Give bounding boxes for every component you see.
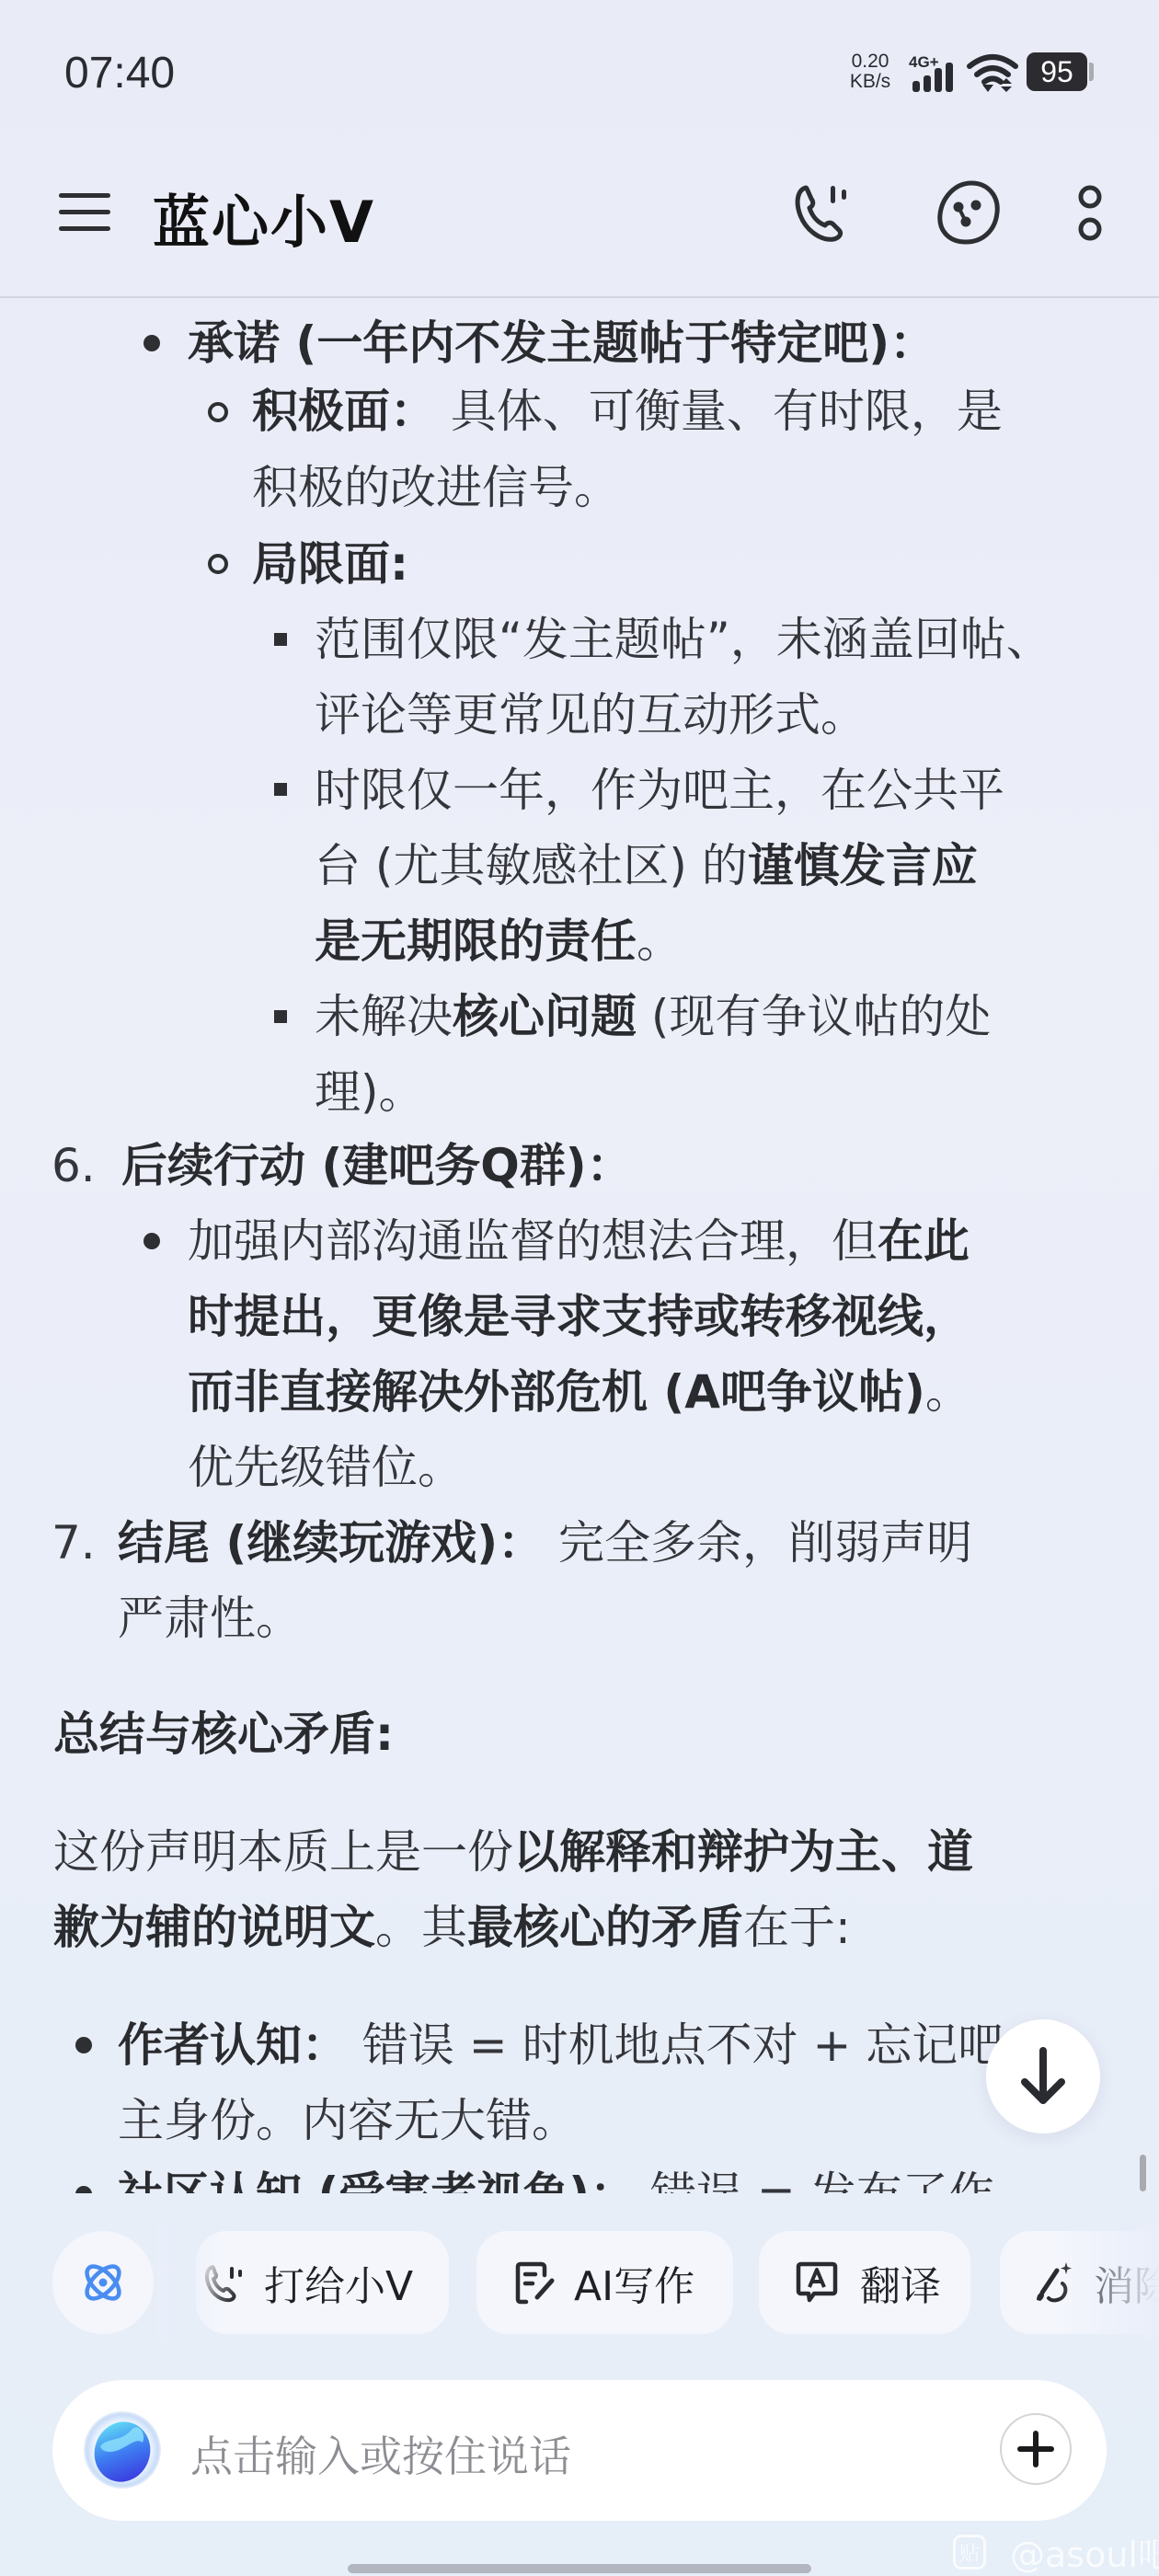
watermark: 贴 @asoul吧 bbox=[953, 2526, 1159, 2576]
list-item-continued: 评论等更常见的互动形式。 bbox=[315, 677, 866, 753]
list-item-continued: 严肃性。 bbox=[118, 1581, 302, 1656]
battery-tip bbox=[1089, 63, 1094, 81]
atom-icon bbox=[80, 2260, 126, 2306]
status-time: 07:40 bbox=[64, 48, 175, 98]
tieba-logo-icon: 贴 bbox=[953, 2535, 986, 2570]
chip-translate[interactable]: 翻译 bbox=[759, 2231, 970, 2334]
bullet-dot bbox=[75, 2037, 92, 2053]
bullet-square bbox=[274, 633, 287, 646]
list-item: 范围仅限“发主题帖”，未涵盖回帖、 bbox=[315, 602, 1052, 677]
scrollbar-thumb[interactable] bbox=[1140, 2155, 1146, 2191]
ai-writing-icon bbox=[515, 2260, 556, 2305]
list-item: 加强内部沟通监督的想法合理，但在此 bbox=[188, 1203, 970, 1279]
chip-label: 翻译 bbox=[860, 2253, 941, 2312]
translate-icon bbox=[796, 2260, 838, 2305]
list-item-continued: 理)。 bbox=[315, 1054, 425, 1130]
bullet-square bbox=[274, 783, 287, 796]
bullet-dot bbox=[143, 335, 160, 351]
summary-paragraph-line: 歉为辅的说明文。其最核心的矛盾在于: bbox=[53, 1890, 851, 1965]
signal-4g-icon: 4G+ bbox=[909, 53, 958, 94]
arrow-down-icon bbox=[986, 2019, 1100, 2133]
list-item: 作者认知： 错误 = 时机地点不对 + 忘记吧 bbox=[118, 2007, 1004, 2083]
list-item: 时限仅一年，作为吧主，在公共平 bbox=[315, 753, 1004, 828]
list-item-continued: 优先级错位。 bbox=[188, 1430, 464, 1505]
menu-icon[interactable] bbox=[57, 190, 114, 235]
battery-indicator: 95 bbox=[1027, 52, 1087, 91]
wifi-icon bbox=[966, 53, 1019, 94]
chip-call-xiaov[interactable]: 打给小V bbox=[196, 2231, 449, 2334]
network-speed: 0.20 KB/s bbox=[844, 52, 896, 92]
list-item: 社区认知 (受害者视角)： 错误 = 发布了作 bbox=[118, 2156, 994, 2193]
network-speed-value: 0.20 bbox=[844, 52, 896, 72]
connect-icon[interactable] bbox=[935, 179, 1003, 246]
summary-paragraph-line: 这份声明本质上是一份以解释和辩护为主、道 bbox=[53, 1814, 973, 1890]
scroll-to-bottom-button[interactable] bbox=[986, 2019, 1100, 2133]
message-input-placeholder[interactable]: 点击输入或按住说话 bbox=[190, 2423, 571, 2484]
bullet-dot bbox=[143, 1233, 160, 1249]
bullet-square bbox=[274, 1010, 287, 1023]
app-title: 蓝心小V bbox=[153, 177, 375, 259]
more-icon[interactable] bbox=[1073, 182, 1107, 245]
plus-icon bbox=[1002, 2415, 1070, 2483]
list-number: 7. bbox=[52, 1505, 96, 1581]
list-item-continued: 而非直接解决外部危机 (A吧争议帖)。 bbox=[188, 1354, 971, 1430]
section-heading: 总结与核心矛盾: bbox=[53, 1696, 394, 1772]
numbered-item-heading: 后续行动 (建吧务Q群)： bbox=[121, 1128, 633, 1203]
chip-ai-writing[interactable]: AI写作 bbox=[476, 2231, 733, 2334]
bullet-ring bbox=[208, 402, 228, 422]
watermark-text: @asoul吧 bbox=[1010, 2526, 1159, 2576]
attach-plus-button[interactable] bbox=[1000, 2413, 1072, 2485]
chip-row-fade-right bbox=[1058, 2222, 1159, 2341]
list-item: 局限面: bbox=[252, 526, 408, 602]
list-item: 积极面： 具体、可衡量、有时限，是 bbox=[252, 374, 1003, 449]
list-item-continued: 主身份。内容无大错。 bbox=[118, 2083, 578, 2158]
voice-call-icon[interactable] bbox=[793, 180, 859, 245]
bullet-ring bbox=[208, 554, 228, 574]
list-item-continued: 是无期限的责任。 bbox=[315, 903, 683, 979]
list-number: 6. bbox=[52, 1128, 96, 1203]
list-item: 承诺 (一年内不发主题帖于特定吧)： bbox=[188, 305, 935, 381]
numbered-item-heading: 结尾 (继续玩游戏)： 完全多余，削弱声明 bbox=[118, 1505, 972, 1581]
svg-text:4G+: 4G+ bbox=[909, 53, 939, 71]
network-speed-unit: KB/s bbox=[844, 72, 896, 92]
chat-response-content: 承诺 (一年内不发主题帖于特定吧)： 积极面： 具体、可衡量、有时限，是 积极的… bbox=[0, 298, 1159, 2193]
home-indicator[interactable] bbox=[348, 2564, 811, 2573]
list-item: 未解决核心问题 (现有争议帖的处 bbox=[315, 979, 991, 1054]
list-item-continued: 时提出，更像是寻求支持或转移视线， bbox=[188, 1279, 970, 1354]
chip-atom[interactable] bbox=[52, 2231, 154, 2334]
chip-label: AI写作 bbox=[574, 2253, 694, 2312]
chip-label: 打给小V bbox=[264, 2253, 413, 2312]
bullet-dot bbox=[75, 2186, 92, 2193]
assistant-orb-icon[interactable] bbox=[82, 2409, 163, 2490]
list-item-continued: 积极的改进信号。 bbox=[252, 450, 620, 525]
list-item-continued: 台 (尤其敏感社区) 的谨慎发言应 bbox=[315, 828, 978, 903]
chip-row-fade-left bbox=[156, 2222, 221, 2341]
